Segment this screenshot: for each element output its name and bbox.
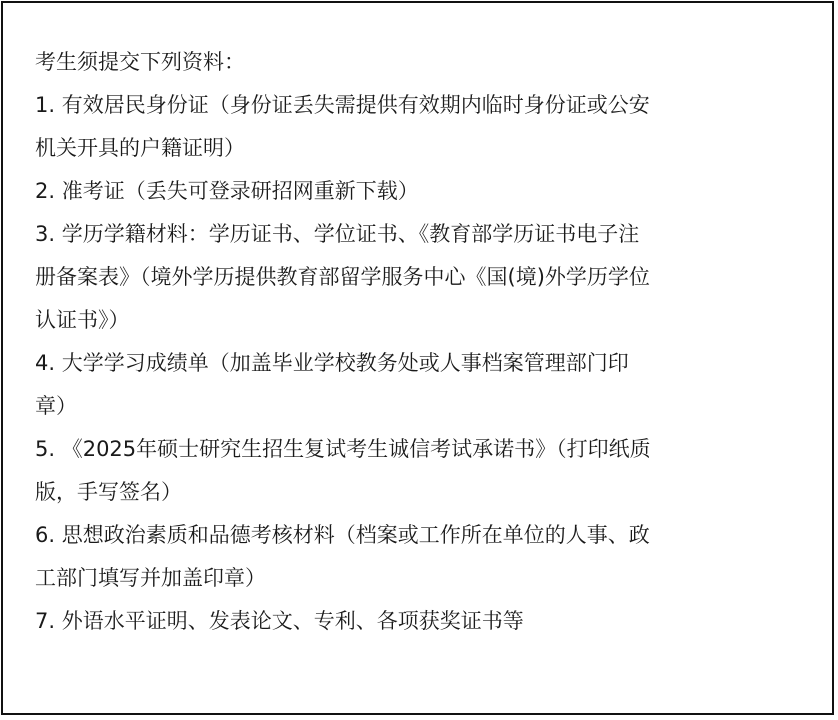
item-4-line-1: 4. 大学学习成绩单（加盖毕业学校教务处或人事档案管理部门印 — [35, 342, 805, 385]
item-3-line-2: 册备案表》（境外学历提供教育部留学服务中心《国(境)外学历学位 — [35, 256, 805, 299]
item-5-line-1: 5. 《2025年硕士研究生招生复试考生诚信考试承诺书》（打印纸质 — [35, 428, 805, 471]
materials-notice-content: 考生须提交下列资料： 1. 有效居民身份证（身份证丢失需提供有效期内临时身份证或… — [35, 41, 805, 643]
item-4-line-2: 章） — [35, 385, 805, 428]
item-1-line-2: 机关开具的户籍证明） — [35, 127, 805, 170]
item-6-line-2: 工部门填写并加盖印章） — [35, 557, 805, 600]
notice-heading: 考生须提交下列资料： — [35, 41, 805, 84]
item-7-line-1: 7. 外语水平证明、发表论文、专利、各项获奖证书等 — [35, 600, 805, 643]
item-1-line-1: 1. 有效居民身份证（身份证丢失需提供有效期内临时身份证或公安 — [35, 84, 805, 127]
item-3-line-3: 认证书》） — [35, 299, 805, 342]
item-2-line-1: 2. 准考证（丢失可登录研招网重新下载） — [35, 170, 805, 213]
item-6-line-1: 6. 思想政治素质和品德考核材料（档案或工作所在单位的人事、政 — [35, 514, 805, 557]
item-5-line-2: 版，手写签名） — [35, 471, 805, 514]
item-3-line-1: 3. 学历学籍材料：学历证书、学位证书、《教育部学历证书电子注 — [35, 213, 805, 256]
materials-notice-box: 考生须提交下列资料： 1. 有效居民身份证（身份证丢失需提供有效期内临时身份证或… — [1, 1, 834, 715]
